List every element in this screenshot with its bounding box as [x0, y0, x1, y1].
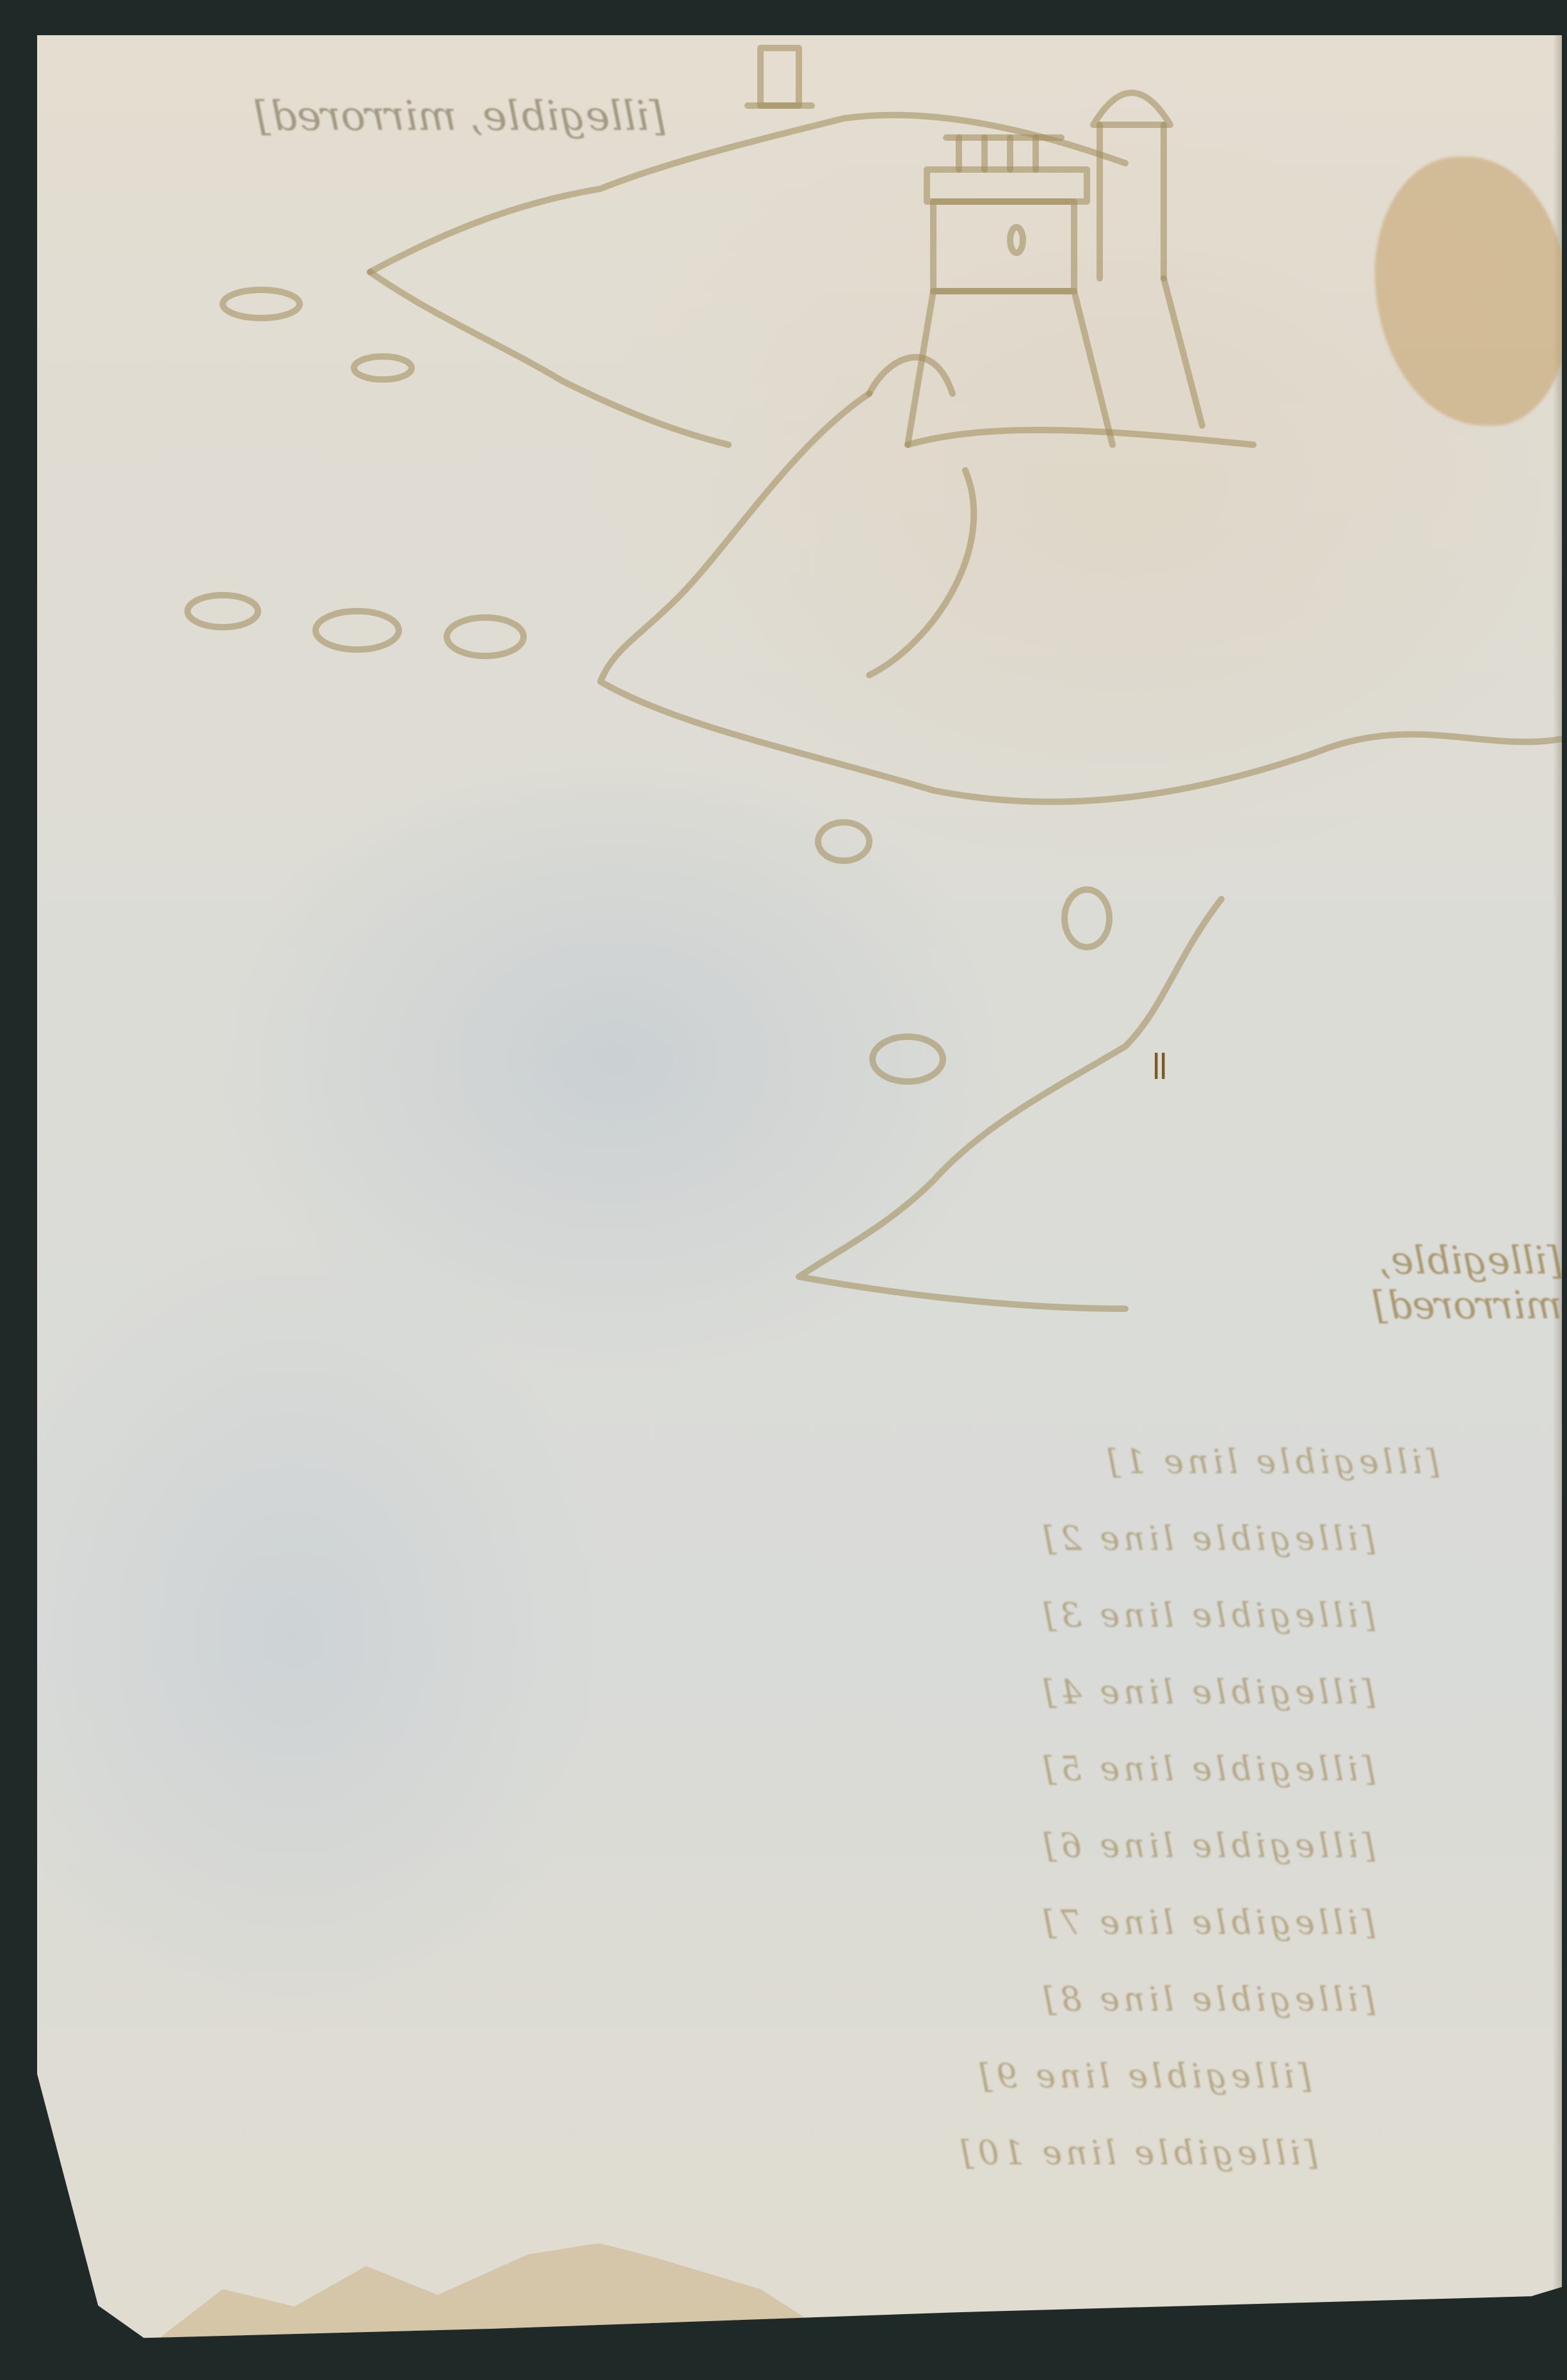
text-line: [illegible line 2] — [95, 1520, 1375, 1558]
margin-mark: ǁ — [1151, 1046, 1169, 1088]
text-line: [illegible line 7] — [95, 1904, 1375, 1942]
text-line: [illegible line 6] — [95, 1827, 1375, 1865]
text-line: [illegible line 8] — [95, 1981, 1375, 2019]
text-line: [illegible line 4] — [95, 1673, 1375, 1712]
right-annotation: [illegible, mirrored] — [1253, 1238, 1562, 1328]
manuscript-page: [illegible, mirrored] [illegible, mirror… — [37, 35, 1562, 2352]
text-line: [illegible line 3] — [95, 1597, 1375, 1635]
text-line: [illegible line 5] — [95, 1750, 1375, 1789]
text-line: [illegible line 9] — [95, 2057, 1311, 2096]
text-line: [illegible line 10] — [933, 2134, 1317, 2173]
top-annotation: [illegible, mirrored] — [255, 93, 665, 140]
text-line: [illegible line 1] — [95, 1443, 1439, 1482]
